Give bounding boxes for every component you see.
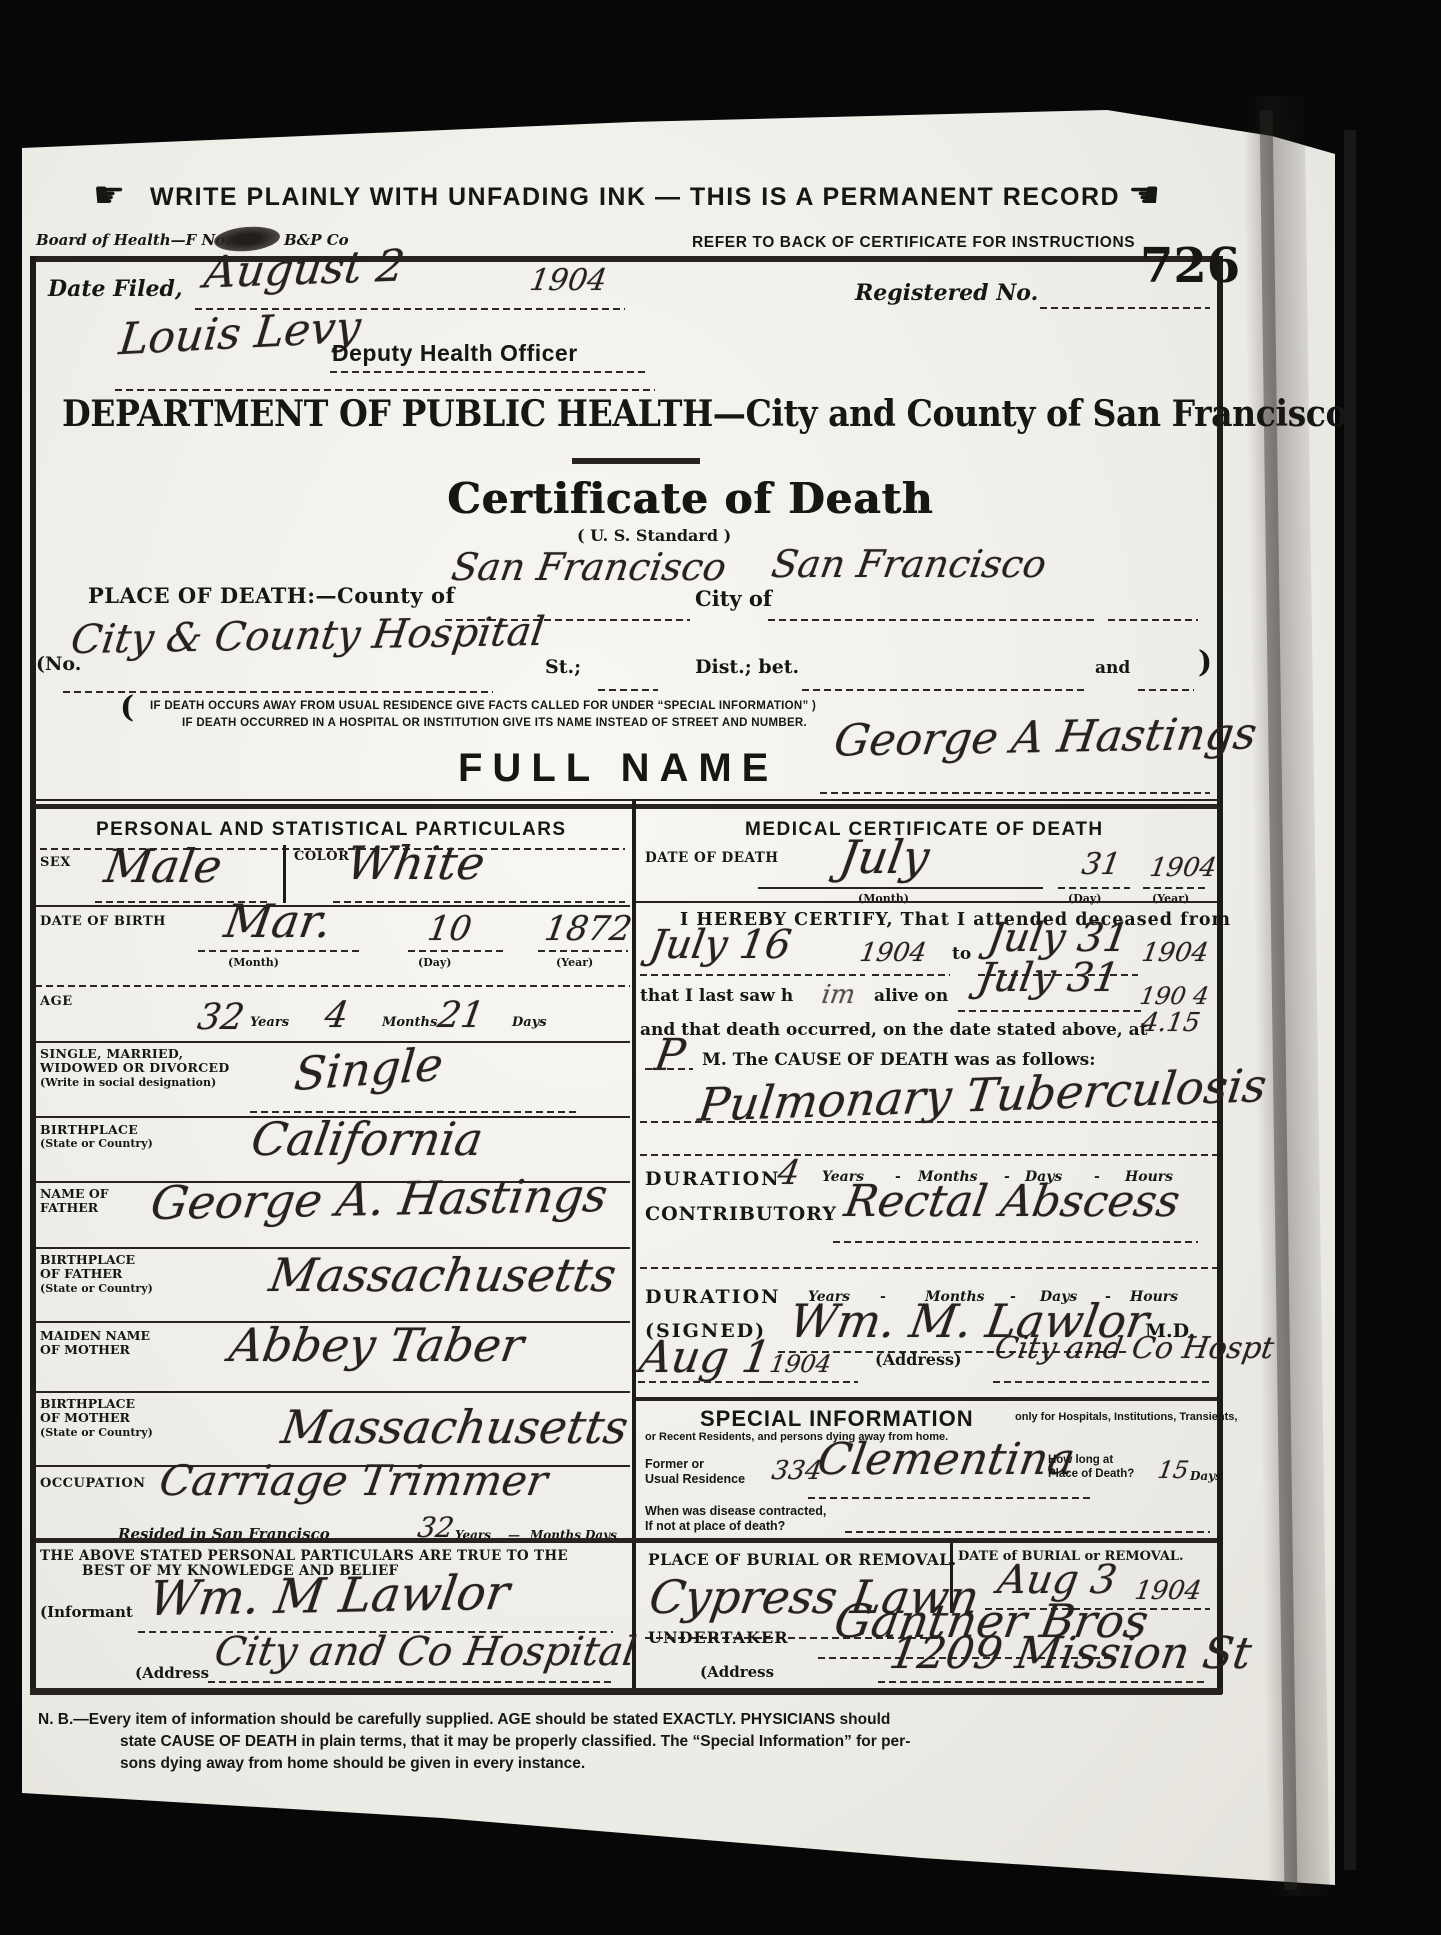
writing-line	[1040, 307, 1210, 309]
disease-contracted-label-line1: When was disease contracted,	[645, 1505, 826, 1518]
birthplace-label: BIRTHPLACE	[40, 1124, 138, 1137]
city-value: San Francisco	[769, 545, 1049, 583]
writing-line	[958, 1010, 1143, 1012]
and-label: and	[1095, 660, 1130, 677]
writing-line	[1058, 887, 1130, 889]
writing-line	[645, 1068, 693, 1070]
attended-from-year: 1904	[858, 940, 928, 966]
howlong-days-word: Days	[1190, 1470, 1222, 1482]
dob-month-value: Mar.	[221, 898, 334, 944]
full-name-label: FULL NAME	[458, 748, 778, 788]
write-plainly-banner: WRITE PLAINLY WITH UNFADING INK — THIS I…	[150, 185, 1120, 210]
manicule-right-icon: ☚	[1128, 178, 1160, 214]
county-value: San Francisco	[449, 548, 729, 586]
writing-line	[330, 371, 645, 373]
place-of-death-label: PLACE OF DEATH:—County of	[88, 585, 455, 606]
registered-no-label: Registered No.	[855, 282, 1038, 304]
scanned-page-background: ☛ WRITE PLAINLY WITH UNFADING INK — THIS…	[0, 0, 1441, 1935]
age-days-value: 21	[435, 998, 487, 1034]
last-saw-hand: im	[820, 982, 857, 1008]
registered-number: 726	[1140, 242, 1240, 290]
writing-line	[538, 950, 628, 952]
father-birthplace-label-line1: BIRTHPLACE	[40, 1254, 135, 1267]
mother-name-label-line1: MAIDEN NAME	[40, 1330, 150, 1343]
full-name-value: George A Hastings	[831, 712, 1259, 763]
dob-label: DATE OF BIRTH	[40, 915, 166, 928]
signed-address-value: City and Co Hospt	[993, 1334, 1276, 1364]
mother-birthplace-label-line1: BIRTHPLACE	[40, 1398, 135, 1411]
date-of-death-year: 1904	[1148, 855, 1218, 881]
informant-label: (Informant	[40, 1605, 133, 1620]
father-birthplace-value: Massachusetts	[266, 1252, 619, 1298]
informant-address-value: City and Co Hospital	[212, 1632, 639, 1672]
writing-line	[333, 901, 625, 903]
open-paren: (	[120, 693, 134, 723]
contributory-label: CONTRIBUTORY	[645, 1205, 837, 1224]
writing-line	[820, 792, 1210, 794]
last-saw-label2: alive on	[874, 988, 948, 1005]
duration-label: DURATION	[645, 1170, 780, 1189]
title-divider-rule	[572, 458, 700, 464]
marital-label-line3: (Write in social designation)	[40, 1077, 216, 1088]
to-word: to	[952, 946, 971, 963]
last-saw-date: July 31	[975, 958, 1122, 998]
writing-line	[1143, 887, 1207, 889]
dist-bet-label: Dist.; bet.	[695, 658, 799, 677]
writing-line	[208, 1681, 613, 1683]
last-saw-label1: that I last saw h	[640, 988, 793, 1005]
writing-line	[198, 950, 363, 952]
writing-line	[758, 887, 1043, 889]
special-info-rule	[636, 1397, 1217, 1401]
row-rule	[35, 1391, 630, 1393]
date-of-death-day: 31	[1080, 850, 1123, 880]
date-of-death-label: DATE OF DEATH	[645, 852, 779, 866]
box-border-left	[30, 256, 36, 1694]
manicule-left-icon: ☛	[93, 178, 125, 214]
row-rule	[35, 985, 630, 987]
institution-value: City & County Hospital	[69, 612, 547, 660]
writing-line	[598, 689, 658, 691]
howlong-label-line2: Place of Death?	[1048, 1469, 1134, 1481]
death-occurred-label: and that death occurred, on the date sta…	[640, 1022, 1148, 1039]
box-border-bottom	[30, 1688, 1222, 1695]
row-rule	[35, 1041, 630, 1043]
attest-line1: THE ABOVE STATED PERSONAL PARTICULARS AR…	[40, 1550, 568, 1564]
writing-line	[1138, 689, 1194, 691]
death-occurred-time: 4.15	[1140, 1010, 1202, 1036]
signed-year: 1904	[768, 1352, 833, 1376]
father-birthplace-caption: (State or Country)	[40, 1283, 153, 1294]
color-label: COLOR	[294, 850, 349, 863]
father-birthplace-label-line2: OF FATHER	[40, 1268, 122, 1281]
sex-label: SEX	[40, 856, 71, 869]
sex-value: Male	[101, 843, 225, 889]
section-rule-thick	[35, 804, 1217, 809]
undertaker-address-label: (Address	[700, 1665, 774, 1680]
writing-line	[845, 1531, 1210, 1533]
howlong-label-line1: How long at	[1048, 1455, 1113, 1467]
date-filed-value: August 2	[202, 245, 407, 296]
last-saw-year: 190 4	[1138, 984, 1211, 1008]
writing-line	[878, 1681, 1208, 1683]
writing-line	[768, 619, 1098, 621]
writing-line	[872, 974, 950, 976]
officer-title: Deputy Health Officer	[332, 342, 578, 365]
occupation-value: Carriage Trimmer	[157, 1460, 551, 1502]
attended-to-year: 1904	[1140, 940, 1210, 966]
age-months-word: Months	[382, 1016, 437, 1029]
nb-note-line1: N. B.—Every item of information should b…	[38, 1712, 890, 1728]
mother-name-value: Abbey Taber	[226, 1322, 526, 1368]
age-days-word: Days	[512, 1016, 547, 1029]
writing-line	[640, 1267, 1217, 1269]
writing-line	[640, 1121, 1217, 1123]
former-residence-label-line1: Former or	[645, 1458, 704, 1471]
residence-note-line2: IF DEATH OCCURRED IN A HOSPITAL OR INSTI…	[182, 718, 807, 730]
dob-day-caption: (Day)	[418, 957, 451, 968]
birthplace-value: California	[248, 1116, 486, 1162]
disease-contracted-label-line2: If not at place of death?	[645, 1520, 785, 1533]
age-label: AGE	[40, 995, 73, 1008]
writing-line	[408, 950, 503, 952]
informant-address-label: (Address	[135, 1666, 209, 1681]
marital-value: Single	[292, 1041, 445, 1097]
refer-to-back-note: REFER TO BACK OF CERTIFICATE FOR INSTRUC…	[692, 235, 1135, 251]
birthplace-caption: (State or Country)	[40, 1138, 153, 1149]
writing-line	[640, 1154, 1217, 1156]
mother-birthplace-label-line2: OF MOTHER	[40, 1412, 130, 1425]
writing-line	[640, 974, 865, 976]
mother-birthplace-value: Massachusetts	[278, 1404, 631, 1450]
us-standard-note: ( U. S. Standard )	[577, 528, 731, 544]
contributory-value: Rectal Abscess	[842, 1180, 1183, 1224]
nb-note-line2: state CAUSE OF DEATH in plain terms, tha…	[120, 1734, 910, 1750]
special-information-title: SPECIAL INFORMATION	[700, 1408, 974, 1430]
occupation-label: OCCUPATION	[40, 1477, 146, 1490]
dob-year-caption: (Year)	[556, 957, 593, 968]
marital-label-line2: WIDOWED OR DIVORCED	[40, 1062, 229, 1075]
section-rule-thin	[35, 799, 1217, 801]
department-title: DEPARTMENT OF PUBLIC HEALTH—City and Cou…	[62, 396, 1347, 432]
date-of-death-month: July	[836, 834, 932, 880]
howlong-value: 15	[1156, 1458, 1190, 1482]
writing-line	[766, 1381, 858, 1383]
former-residence-value: Clementina	[815, 1438, 1078, 1482]
age-years-value: 32	[195, 1000, 247, 1036]
father-name-value: George A. Hastings	[148, 1172, 610, 1226]
father-name-label-line2: FATHER	[40, 1202, 98, 1215]
father-name-label-line1: NAME OF	[40, 1188, 109, 1201]
dob-month-caption: (Month)	[228, 957, 279, 968]
column-divider	[632, 799, 636, 1688]
residence-note-line1: IF DEATH OCCURS AWAY FROM USUAL RESIDENC…	[150, 701, 816, 713]
undertaker-label: UNDERTAKER	[648, 1630, 789, 1646]
duration2-label: DURATION	[645, 1288, 780, 1307]
age-years-word: Years	[250, 1016, 289, 1029]
nb-note-line3: sons dying away from home should be give…	[120, 1756, 585, 1772]
dob-year-value: 1872	[542, 912, 634, 946]
attended-from-date: July 16	[647, 925, 794, 965]
writing-line	[808, 1497, 1090, 1499]
close-paren: )	[1198, 648, 1212, 678]
dob-day-value: 10	[425, 912, 474, 946]
certificate-title: Certificate of Death	[447, 478, 933, 520]
signed-date: Aug 1	[637, 1336, 774, 1380]
st-label: St.;	[545, 658, 581, 677]
writing-line	[993, 1381, 1213, 1383]
personal-section-title: PERSONAL AND STATISTICAL PARTICULARS	[96, 820, 567, 839]
former-residence-label-line2: Usual Residence	[645, 1473, 745, 1486]
section-rule-full	[35, 1538, 1217, 1543]
signed-address-label: (Address)	[875, 1352, 962, 1368]
color-value: White	[343, 840, 488, 886]
mother-name-label-line2: OF MOTHER	[40, 1344, 130, 1357]
date-filed-label: Date Filed,	[48, 278, 183, 300]
attended-to-date: July 31	[985, 918, 1132, 958]
officer-signature: Louis Levy	[117, 306, 363, 362]
special-info-note1: only for Hospitals, Institutions, Transi…	[1015, 1412, 1237, 1423]
row-rule	[636, 901, 1217, 903]
adjacent-page-edge	[1344, 130, 1356, 1870]
writing-line	[638, 1381, 766, 1383]
mother-birthplace-caption: (State or Country)	[40, 1427, 153, 1438]
burial-place-label: PLACE OF BURIAL OR REMOVAL.	[648, 1552, 957, 1568]
writing-line	[1108, 619, 1198, 621]
writing-line	[115, 389, 655, 391]
informant-value: Wm. M Lawlor	[146, 1569, 512, 1623]
undertaker-address-value: 1209 Mission St	[887, 1632, 1255, 1676]
writing-line	[833, 1241, 1198, 1243]
date-filed-year: 1904	[528, 266, 609, 296]
marital-label-line1: SINGLE, MARRIED,	[40, 1048, 183, 1061]
writing-line	[802, 689, 1087, 691]
city-of-label: City of	[695, 588, 772, 609]
